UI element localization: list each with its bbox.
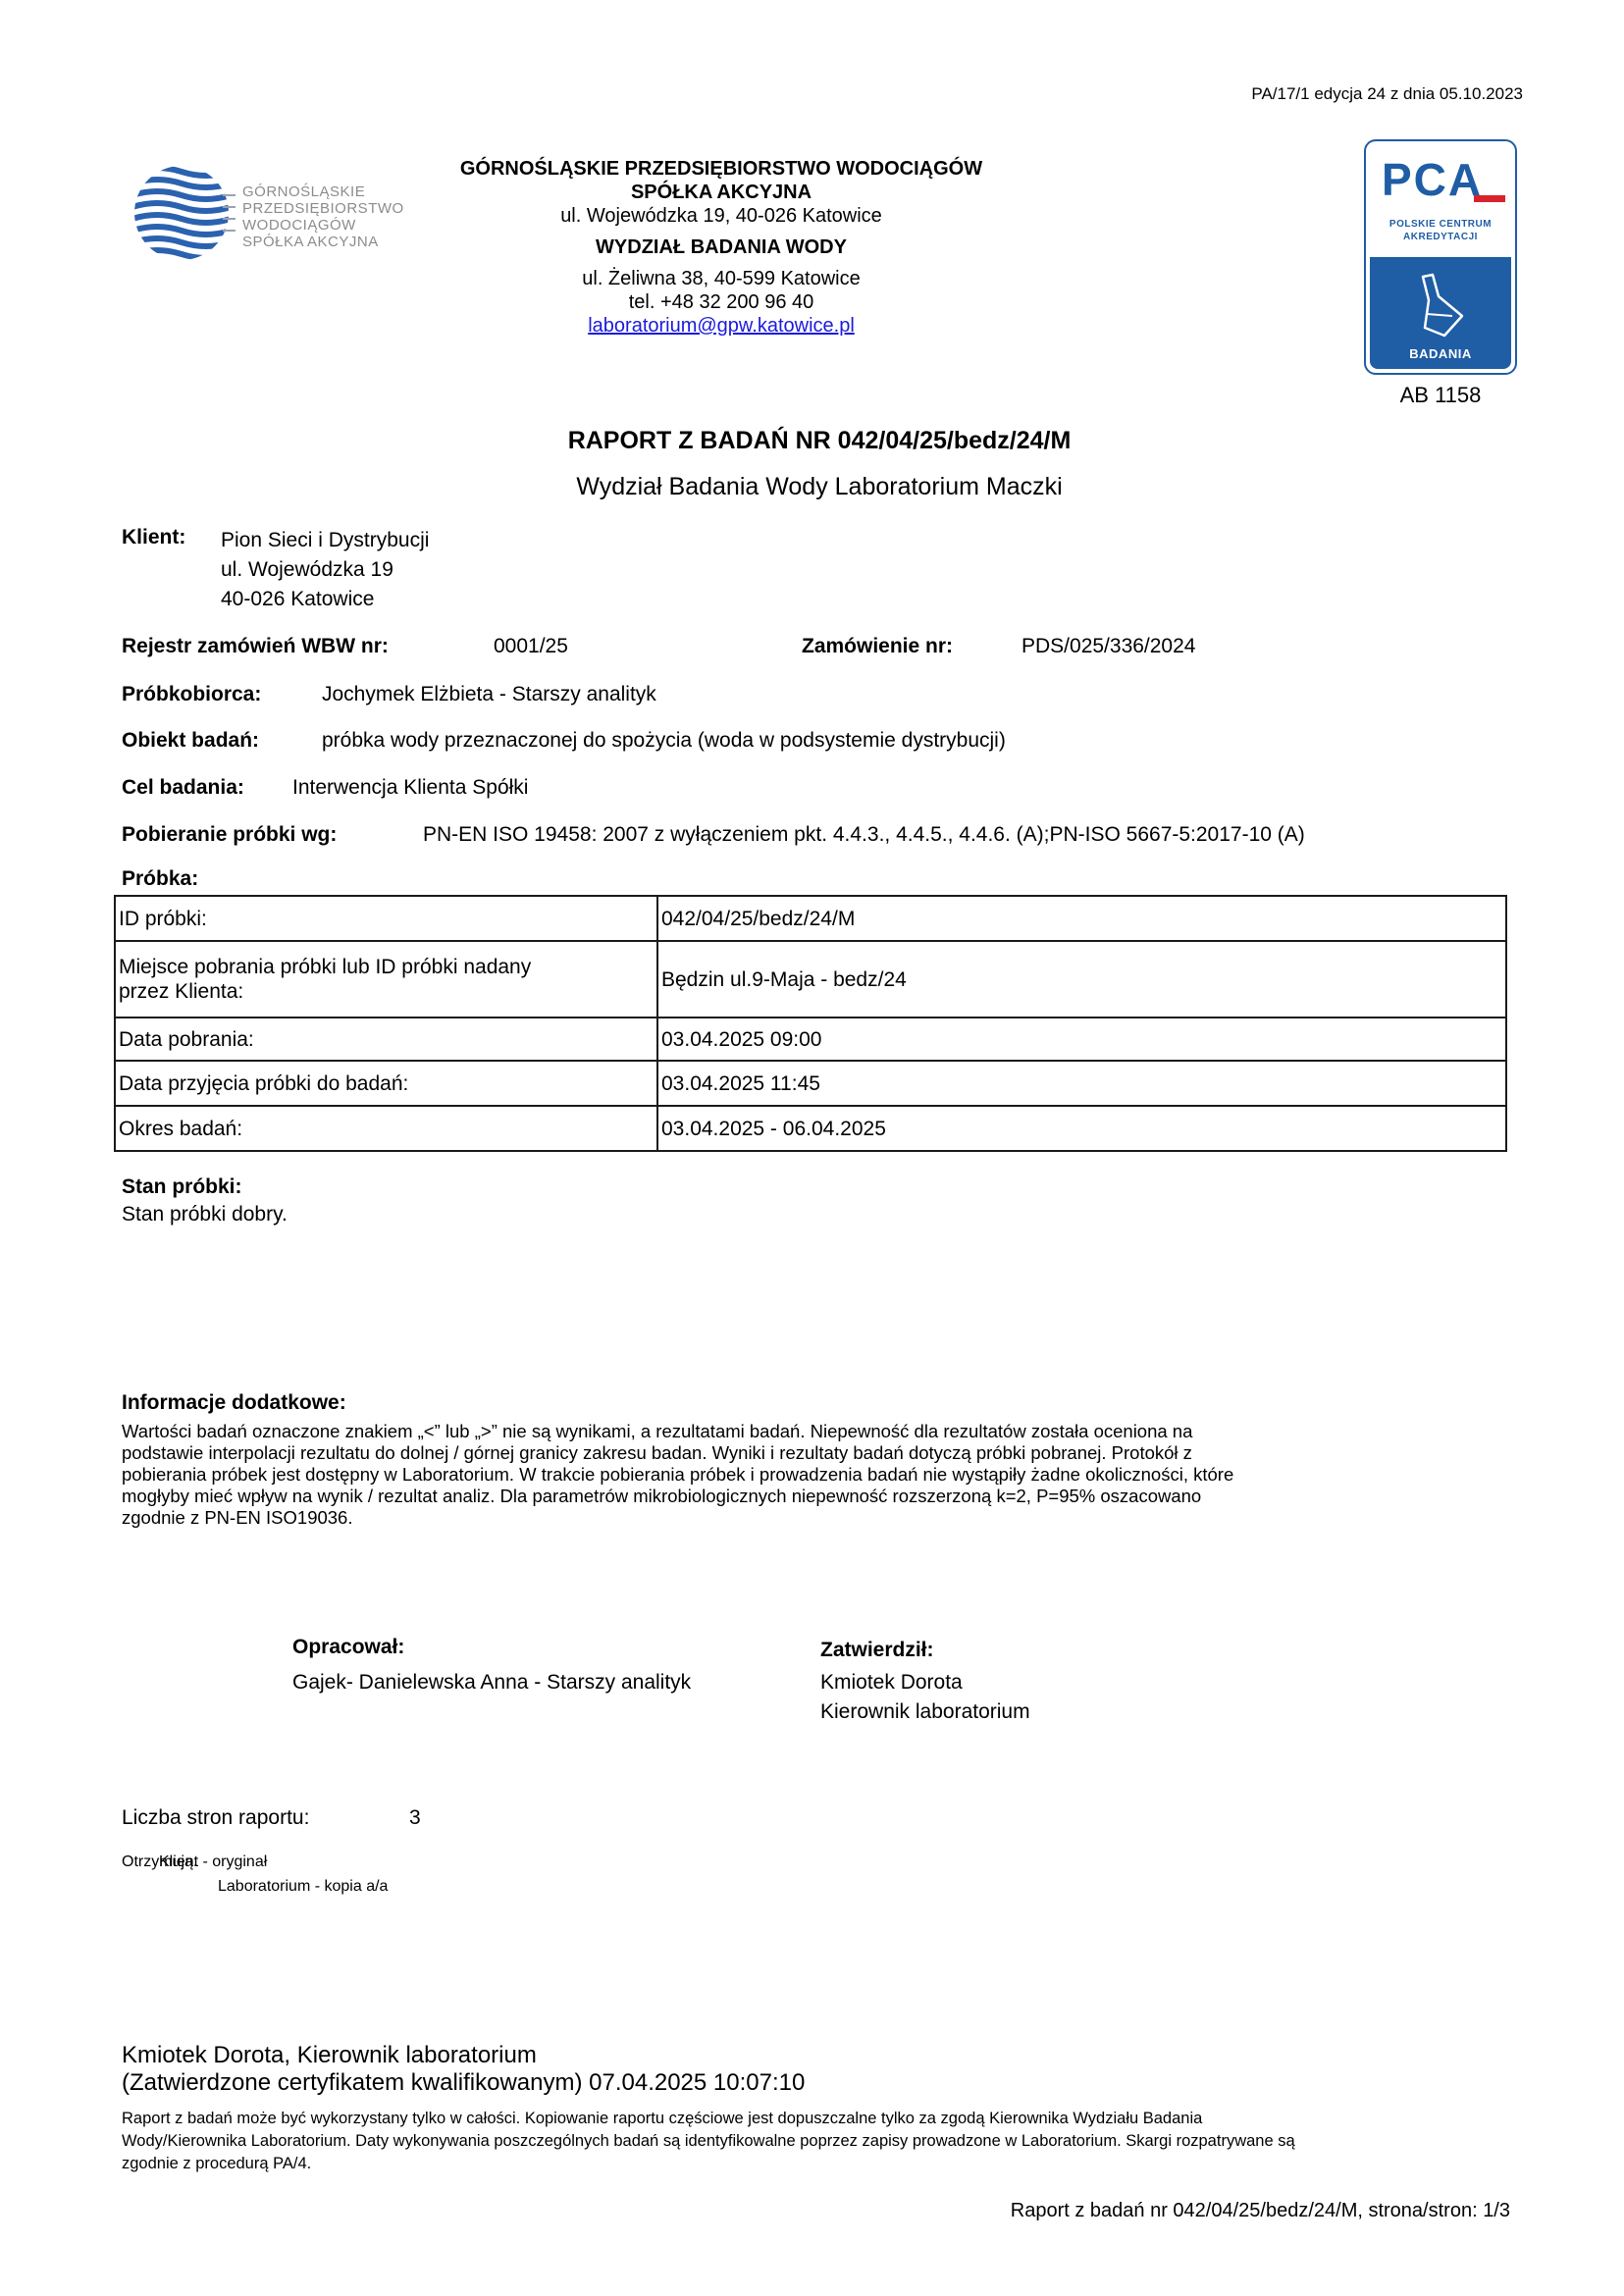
sample-table: ID próbki: 042/04/25/bedz/24/M Miejsce p… [114, 895, 1507, 1152]
table-row: Miejsce pobrania próbki lub ID próbki na… [115, 941, 1506, 1018]
report-subtitle: Wydział Badania Wody Laboratorium Maczki [0, 473, 1624, 501]
prepared-by-label: Opracował: [292, 1633, 404, 1662]
company-type: SPÓŁKA AKCYJNA [412, 181, 1030, 204]
water-waves-icon [132, 162, 236, 265]
page-count-label: Liczba stron raportu: [122, 1806, 309, 1830]
object-value: próbka wody przeznaczonej do spożycia (w… [322, 729, 1006, 753]
certificate-line: (Zatwierdzone certyfikatem kwalifikowany… [122, 2069, 805, 2097]
client-details: Pion Sieci i Dystrybucji ul. Wojewódzka … [221, 526, 429, 614]
form-reference: PA/17/1 edycja 24 z dnia 05.10.2023 [1251, 84, 1523, 104]
sampling-date-value: 03.04.2025 09:00 [657, 1018, 1506, 1061]
client-label: Klient: [122, 526, 185, 549]
additional-info: Informacje dodatkowe: Wartości badań ozn… [122, 1391, 1525, 1529]
table-row: Okres badań: 03.04.2025 - 06.04.2025 [115, 1106, 1506, 1151]
order-label: Zamówienie nr: [802, 635, 953, 658]
accreditation-number: AB 1158 [1364, 383, 1517, 408]
sampling-location-value: Będzin ul.9-Maja - bedz/24 [657, 941, 1506, 1018]
company-logo-text: GÓRNOŚLĄSKIE PRZEDSIĘBIORSTWO WODOCIĄGÓW… [242, 183, 404, 250]
client-city: 40-026 Katowice [221, 585, 429, 614]
approved-by-name: Kmiotek Dorota Kierownik laboratorium [820, 1668, 1030, 1727]
table-row: Data pobrania: 03.04.2025 09:00 [115, 1018, 1506, 1061]
order-value: PDS/025/336/2024 [1022, 635, 1195, 658]
recipient-lab: Laboratorium - kopia a/a [218, 1878, 388, 1896]
digital-signature: Kmiotek Dorota, Kierownik laboratorium (… [122, 2042, 805, 2097]
receipt-date-value: 03.04.2025 11:45 [657, 1061, 1506, 1106]
sampling-date-label: Data pobrania: [115, 1018, 657, 1061]
department-name: WYDZIAŁ BADANIA WODY [412, 235, 1030, 260]
pca-badge-panel: BADANIA [1370, 257, 1511, 369]
sample-id-value: 042/04/25/bedz/24/M [657, 896, 1506, 941]
page-count-value: 3 [409, 1806, 421, 1830]
sampling-location-label: Miejsce pobrania próbki lub ID próbki na… [115, 941, 657, 1018]
object-label: Obiekt badań: [122, 729, 259, 753]
purpose-label: Cel badania: [122, 776, 244, 800]
client-street: ul. Wojewódzka 19 [221, 555, 429, 585]
company-logo: GÓRNOŚLĄSKIE PRZEDSIĘBIORSTWO WODOCIĄGÓW… [132, 162, 417, 265]
table-row: ID próbki: 042/04/25/bedz/24/M [115, 896, 1506, 941]
department-address: ul. Żeliwna 38, 40-599 Katowice [412, 267, 1030, 290]
additional-info-text: Wartości badań oznaczone znakiem „<” lub… [122, 1421, 1525, 1529]
receipt-date-label: Data przyjęcia próbki do badań: [115, 1061, 657, 1106]
register-value: 0001/25 [494, 635, 568, 658]
table-row: Data przyjęcia próbki do badań: 03.04.20… [115, 1061, 1506, 1106]
sampling-method-value: PN-EN ISO 19458: 2007 z wyłączeniem pkt.… [423, 823, 1305, 847]
flask-icon [1413, 273, 1472, 341]
pca-accreditation-logo: PCA POLSKIE CENTRUM AKREDYTACJI BADANIA [1364, 139, 1517, 375]
sampler-value: Jochymek Elżbieta - Starszy analityk [322, 683, 656, 706]
register-label: Rejestr zamówień WBW nr: [122, 635, 389, 658]
sampling-method-label: Pobieranie próbki wg: [122, 823, 337, 847]
sample-condition-value: Stan próbki dobry. [122, 1203, 288, 1226]
pca-org-name: POLSKIE CENTRUM AKREDYTACJI [1366, 218, 1515, 243]
sampler-label: Próbkobiorca: [122, 683, 261, 706]
sample-id-label: ID próbki: [115, 896, 657, 941]
pca-wordmark: PCA [1382, 153, 1483, 206]
prepared-by-name: Gajek- Danielewska Anna - Starszy analit… [292, 1668, 691, 1697]
purpose-value: Interwencja Klienta Spółki [292, 776, 528, 800]
department-phone: tel. +48 32 200 96 40 [412, 290, 1030, 314]
footer-note: Raport z badań może być wykorzystany tyl… [122, 2108, 1295, 2175]
signer: Kmiotek Dorota, Kierownik laboratorium [122, 2042, 805, 2069]
pca-red-stripe [1474, 195, 1505, 202]
recipient-client: Klient - oryginał [159, 1853, 267, 1871]
email-link[interactable]: laboratorium@gpw.katowice.pl [588, 315, 855, 337]
testing-period-label: Okres badań: [115, 1106, 657, 1151]
approved-by-label: Zatwierdził: [820, 1636, 934, 1665]
letterhead: GÓRNOŚLĄSKIE PRZEDSIĘBIORSTWO WODOCIĄGÓW… [412, 157, 1030, 338]
report-title: RAPORT Z BADAŃ NR 042/04/25/bedz/24/M [0, 427, 1624, 455]
additional-info-heading: Informacje dodatkowe: [122, 1391, 1525, 1415]
testing-period-value: 03.04.2025 - 06.04.2025 [657, 1106, 1506, 1151]
sample-heading: Próbka: [122, 867, 198, 891]
company-name: GÓRNOŚLĄSKIE PRZEDSIĘBIORSTWO WODOCIĄGÓW [412, 157, 1030, 181]
company-address: ul. Wojewódzka 19, 40-026 Katowice [412, 204, 1030, 228]
sample-condition-heading: Stan próbki: [122, 1175, 242, 1199]
client-name: Pion Sieci i Dystrybucji [221, 526, 429, 555]
page-indicator: Raport z badań nr 042/04/25/bedz/24/M, s… [1011, 2200, 1510, 2222]
pca-badge-label: BADANIA [1370, 346, 1511, 361]
